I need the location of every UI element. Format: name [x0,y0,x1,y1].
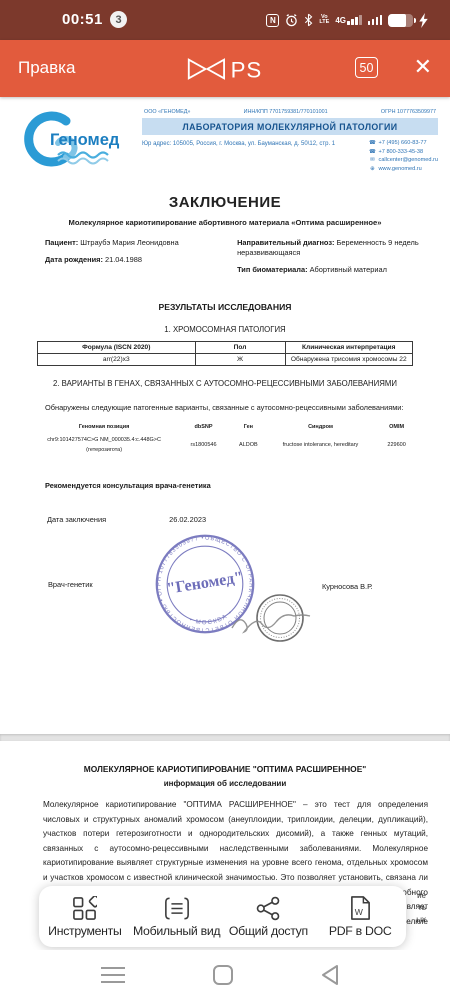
doctor-stamp-signature [228,590,314,646]
section1-title: 1. ХРОМОСОМНАЯ ПАТОЛОГИЯ [0,325,450,334]
tools-grid-icon [72,896,97,921]
chromosome-pathology-table: Формула (ISCN 2020) Пол Клиническая инте… [37,341,413,366]
battery-icon [388,14,413,27]
pdf-to-doc-button[interactable]: W PDF в DOC [314,895,406,938]
biomaterial: Абортивный материал [310,265,387,274]
doctor-name: Курносова В.Р. [322,582,373,591]
status-icons: N Vo LTE 4G [266,0,428,40]
nfc-icon: N [266,14,279,27]
share-icon [256,896,281,921]
org-name: ООО «ГЕНОМЕД» [144,109,190,115]
conclusion-subtitle: Молекулярное кариотипирование абортивног… [0,218,450,227]
obscured-text-fragment: ых [416,915,426,924]
results-title: РЕЗУЛЬТАТЫ ИССЛЕДОВАНИЯ [0,302,450,312]
4g-signal-icon: 4G [335,15,361,25]
table-row: arr(22)x3 Ж Обнаружена трисомия хромосом… [38,354,413,366]
patient-info: Пациент: Штраубэ Мария Леонидовна Дата р… [0,238,450,282]
variants-intro: Обнаружены следующие патогенные варианты… [0,403,450,412]
wps-logo: PS [186,55,264,83]
page-count-button[interactable]: 50 [355,57,378,78]
clock-time: 00:51 [62,11,103,28]
svg-text:Геномед: Геномед [50,131,120,149]
status-bar: 00:51 3 N Vo LTE 4G [0,0,450,40]
wps-app-bar: Правка PS 50 ✕ [0,40,450,97]
org-inn: ИНН/КПП 7701759381/770101001 [244,109,328,115]
section2-title: 2. ВАРИАНТЫ В ГЕНАХ, СВЯЗАННЫХ С АУТОСОМ… [0,379,450,388]
doctor-label: Врач-генетик [48,580,93,589]
mobile-view-button[interactable]: Мобильный вид [131,896,223,938]
volte-icon: Vo LTE [319,15,329,25]
alarm-clock-icon [285,14,298,27]
conclusion-title: ЗАКЛЮЧЕНИЕ [0,194,450,211]
gene-variants-table: Геномная позиция dbSNP Ген Синдром OMIM … [30,422,420,456]
signature-zone: Врач-генетик ОБЩЕСТВО С ОГРАНИЧЕННОЙ ОТВ… [0,532,450,667]
tools-button[interactable]: Инструменты [39,896,131,938]
android-nav-bar [0,950,450,1000]
page-break [0,734,450,741]
document-page-1: Геномед ООО «ГЕНОМЕД» ИНН/КПП 7701759381… [0,97,450,667]
charging-bolt-icon [419,13,428,28]
back-icon[interactable] [320,964,340,986]
phone-icon: ☎ [368,139,377,148]
obscured-text-fragment: ть [418,903,426,912]
genomed-logo: Геномед [14,107,138,171]
conclusion-date-row: Дата заключения 26.02.2023 [0,515,450,524]
patient-name: Штраубэ Мария Леонидовна [80,238,179,247]
phone-screen: 00:51 3 N Vo LTE 4G [0,0,450,1000]
patient-dob: 21.04.1988 [105,255,142,264]
share-button[interactable]: Общий доступ [223,896,315,938]
menu-icon[interactable] [100,964,126,986]
info-title: МОЛЕКУЛЯРНОЕ КАРИОТИПИРОВАНИЕ "ОПТИМА РА… [0,764,450,774]
home-icon[interactable] [212,964,234,986]
notification-badge: 3 [110,11,127,28]
svg-text:PS: PS [231,57,263,82]
email-icon: ✉ [368,156,377,165]
pdf-doc-icon: W [349,895,372,921]
bluetooth-icon [304,13,313,27]
close-icon[interactable]: ✕ [414,53,432,81]
conclusion-date: 26.02.2023 [169,515,206,524]
svg-text:W: W [354,907,363,917]
globe-icon: ⊕ [368,165,377,174]
letterhead: Геномед ООО «ГЕНОМЕД» ИНН/КПП 7701759381… [0,97,450,173]
mobile-view-icon [164,896,190,921]
recommendation: Рекомендуется консультация врача-генетик… [0,481,450,490]
obscured-text-fragment: ие [417,891,426,900]
lab-title: ЛАБОРАТОРИЯ МОЛЕКУЛЯРНОЙ ПАТОЛОГИИ [142,118,438,135]
org-address: Юр адрес: 105005, Россия, г. Москва, ул.… [142,139,335,173]
signal-strength-icon [368,15,383,25]
phone-icon: ☎ [368,148,377,157]
table-row: chr9:101427574C>G NM_000035.4:c.448G>C (… [30,434,420,456]
edit-button[interactable]: Правка [18,58,75,78]
bottom-toolbar: Инструменты Мобильный вид Общий доступ [39,886,406,947]
org-contacts: ☎ +7 (495) 660-83-77 ☎ +7 800-333-45-38 … [368,139,438,173]
info-subtitle: информация об исследовании [0,779,450,788]
org-ogrn: ОГРН 1077763509977 [381,109,436,115]
